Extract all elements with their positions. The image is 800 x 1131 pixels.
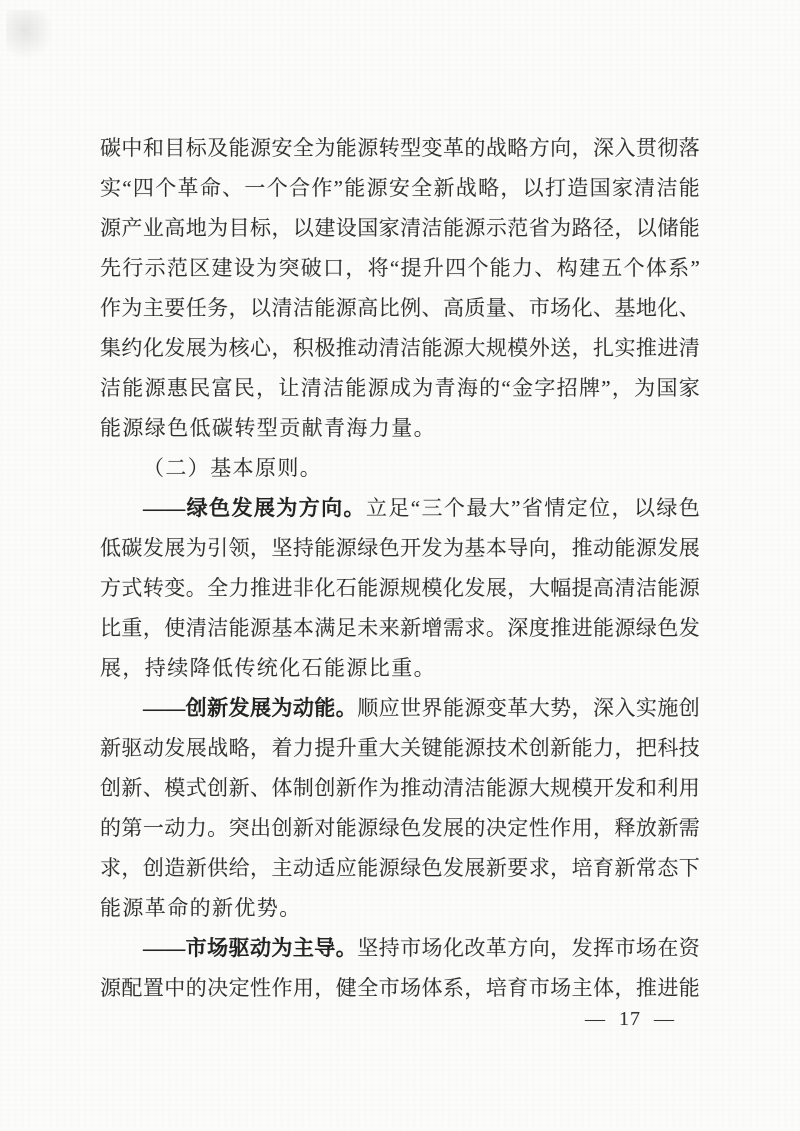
- text-line: ——创新发展为动能。顺应世界能源变革大势，深入实施创: [100, 688, 700, 728]
- text-run: 展，持续降低传统化石能源比重。: [100, 656, 436, 680]
- text-run: 能源革命的新优势。: [100, 896, 302, 920]
- text-line: 新驱动发展战略，着力提升重大关键能源技术创新能力，把科技: [100, 728, 700, 768]
- text-line: 碳中和目标及能源安全为能源转型变革的战略方向，深入贯彻落: [100, 128, 700, 168]
- text-line: 创新、模式创新、体制创新作为推动清洁能源大规模开发和利用: [100, 768, 700, 808]
- text-line: 展，持续降低传统化石能源比重。: [100, 648, 700, 688]
- text-line: 集约化发展为核心，积极推动清洁能源大规模外送，扎实推进清: [100, 328, 700, 368]
- text-line: 的第一动力。突出创新对能源绿色发展的决定性作用，释放新需: [100, 808, 700, 848]
- text-line: 求，创造新供给，主动适应能源绿色发展新要求，培育新常态下: [100, 848, 700, 888]
- text-line: 方式转变。全力推进非化石能源规模化发展，大幅提高清洁能源: [100, 568, 700, 608]
- text-run: 源产业高地为目标，以建设国家清洁能源示范省为路径，以储能: [100, 216, 700, 240]
- text-run: 碳中和目标及能源安全为能源转型变革的战略方向，深入贯彻落: [100, 136, 700, 160]
- text-line: 源产业高地为目标，以建设国家清洁能源示范省为路径，以储能: [100, 208, 700, 248]
- text-line: （二）基本原则。: [100, 448, 700, 488]
- text-line: ——绿色发展为方向。立足“三个最大”省情定位，以绿色: [100, 488, 700, 528]
- scan-artifact: [6, 10, 54, 60]
- emphasis-text-run: ——创新发展为动能。: [143, 696, 357, 720]
- document-body: 碳中和目标及能源安全为能源转型变革的战略方向，深入贯彻落实“四个革命、一个合作”…: [100, 128, 700, 1008]
- text-line: 能源革命的新优势。: [100, 888, 700, 928]
- text-run: 先行示范区建设为突破口，将“提升四个能力、构建五个体系”: [100, 256, 700, 280]
- text-run: 作为主要任务，以清洁能源高比例、高质量、市场化、基地化、: [100, 296, 700, 320]
- text-run: 源配置中的决定性作用，健全市场体系，培育市场主体，推进能: [100, 976, 700, 1000]
- page-number: — 17 —: [575, 1004, 685, 1034]
- text-run: （二）基本原则。: [143, 456, 322, 480]
- text-line: 低碳发展为引领，坚持能源绿色开发为基本导向，推动能源发展: [100, 528, 700, 568]
- emphasis-text-run: ——绿色发展为方向。: [143, 496, 366, 520]
- emphasis-text-run: ——市场驱动为主导。: [143, 936, 357, 960]
- text-run: 创新、模式创新、体制创新作为推动清洁能源大规模开发和利用: [100, 776, 700, 800]
- text-run: 洁能源惠民富民，让清洁能源成为青海的“金字招牌”，为国家: [100, 376, 700, 400]
- text-run: 新驱动发展战略，着力提升重大关键能源技术创新能力，把科技: [100, 736, 700, 760]
- text-run: 实“四个革命、一个合作”能源安全新战略，以打造国家清洁能: [100, 176, 700, 200]
- text-run: 方式转变。全力推进非化石能源规模化发展，大幅提高清洁能源: [100, 576, 700, 600]
- text-line: ——市场驱动为主导。坚持市场化改革方向，发挥市场在资: [100, 928, 700, 968]
- text-run: 能源绿色低碳转型贡献青海力量。: [100, 416, 436, 440]
- text-line: 比重，使清洁能源基本满足未来新增需求。深度推进能源绿色发: [100, 608, 700, 648]
- text-run: 立足“三个最大”省情定位，以绿色: [366, 496, 700, 520]
- text-line: 能源绿色低碳转型贡献青海力量。: [100, 408, 700, 448]
- text-line: 作为主要任务，以清洁能源高比例、高质量、市场化、基地化、: [100, 288, 700, 328]
- text-line: 实“四个革命、一个合作”能源安全新战略，以打造国家清洁能: [100, 168, 700, 208]
- text-line: 洁能源惠民富民，让清洁能源成为青海的“金字招牌”，为国家: [100, 368, 700, 408]
- page-number-text: — 17 —: [585, 1008, 675, 1030]
- text-run: 比重，使清洁能源基本满足未来新增需求。深度推进能源绿色发: [100, 616, 700, 640]
- document-page: 碳中和目标及能源安全为能源转型变革的战略方向，深入贯彻落实“四个革命、一个合作”…: [0, 0, 800, 1131]
- text-run: 顺应世界能源变革大势，深入实施创: [357, 696, 700, 720]
- text-run: 集约化发展为核心，积极推动清洁能源大规模外送，扎实推进清: [100, 336, 700, 360]
- text-run: 坚持市场化改革方向，发挥市场在资: [357, 936, 700, 960]
- text-line: 源配置中的决定性作用，健全市场体系，培育市场主体，推进能: [100, 968, 700, 1008]
- text-run: 低碳发展为引领，坚持能源绿色开发为基本导向，推动能源发展: [100, 536, 700, 560]
- text-line: 先行示范区建设为突破口，将“提升四个能力、构建五个体系”: [100, 248, 700, 288]
- text-run: 求，创造新供给，主动适应能源绿色发展新要求，培育新常态下: [100, 856, 700, 880]
- text-run: 的第一动力。突出创新对能源绿色发展的决定性作用，释放新需: [100, 816, 700, 840]
